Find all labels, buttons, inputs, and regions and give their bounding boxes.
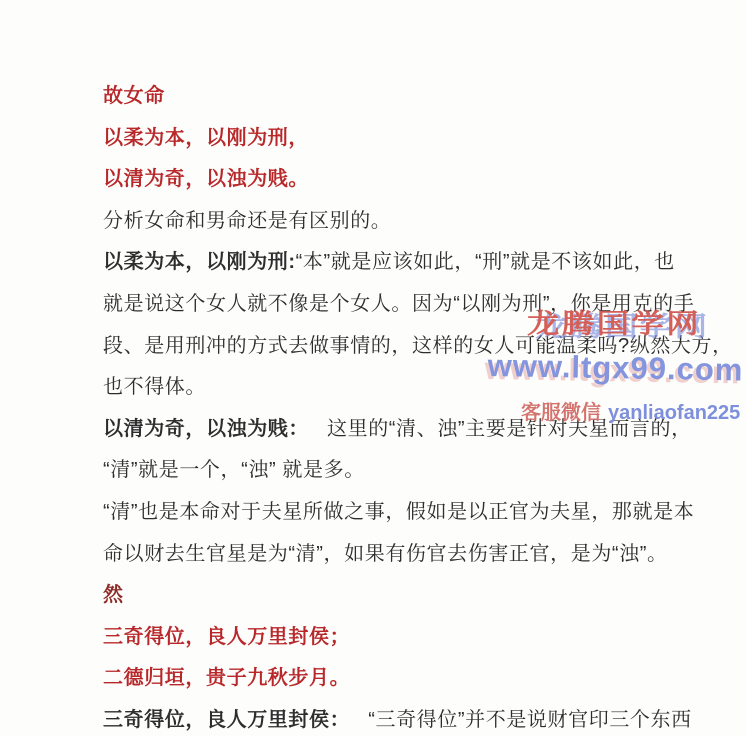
text-segment: 这里的“清、浊”主要是针对夫星而言的， [327, 418, 692, 440]
document-body: 故女命以柔为本，以刚为刑，以清为奇，以浊为贱。分析女命和男命还是有区别的。以柔为… [103, 76, 726, 736]
text-segment: 二德归垣，贵子九秋步月。 [103, 667, 350, 689]
text-segment: 分析女命和男命还是有区别的。 [103, 210, 391, 232]
text-line: 也不得体。 [103, 367, 726, 409]
text-line: 故女命 [103, 76, 726, 118]
document-page: 故女命以柔为本，以刚为刑，以清为奇，以浊为贱。分析女命和男命还是有区别的。以柔为… [0, 0, 746, 736]
text-line: 二德归垣，贵子九秋步月。 [103, 658, 726, 700]
text-line: 就是说这个女人就不像是个女人。因为“以刚为刑”，你是用克的手 [103, 284, 726, 326]
text-line: 三奇得位，良人万里封侯； [103, 617, 726, 659]
text-segment: 以清为奇，以浊为贱： [103, 418, 309, 440]
text-segment: 也不得体。 [103, 376, 206, 398]
text-segment: 故女命 [103, 85, 165, 107]
text-line: 以清为奇，以浊为贱：这里的“清、浊”主要是针对夫星而言的， [103, 409, 726, 451]
text-line: 以清为奇，以浊为贱。 [103, 159, 726, 201]
text-segment: “清”就是一个，“浊” 就是多。 [103, 459, 365, 481]
text-segment: “清”也是本命对于夫星所做之事，假如是以正官为夫星，那就是本 [103, 501, 694, 523]
text-line: 以柔为本，以刚为刑， [103, 118, 726, 160]
text-segment: “本”就是应该如此，“刑”就是不该如此，也 [296, 251, 675, 273]
text-segment: 三奇得位，良人万里封侯： [103, 709, 350, 731]
text-line: “清”就是一个，“浊” 就是多。 [103, 450, 726, 492]
text-line: “清”也是本命对于夫星所做之事，假如是以正官为夫星，那就是本 [103, 492, 726, 534]
text-segment: 以清为奇，以浊为贱。 [103, 168, 309, 190]
text-segment: 以柔为本，以刚为刑， [103, 127, 309, 149]
text-segment: 段、是用刑冲的方式去做事情的，这样的女人可能温柔吗?纵然大方， [103, 335, 733, 357]
text-line: 以柔为本，以刚为刑:“本”就是应该如此，“刑”就是不该如此，也 [103, 242, 726, 284]
text-line: 然 [103, 575, 726, 617]
text-line: 三奇得位，良人万里封侯：“三奇得位”并不是说财官印三个东西 [103, 700, 726, 736]
text-segment: “三奇得位”并不是说财官印三个东西 [368, 709, 692, 731]
text-line: 命以财去生官星是为“清”，如果有伤官去伤害正官，是为“浊”。 [103, 534, 726, 576]
text-segment: 以柔为本，以刚为刑: [103, 251, 296, 273]
text-line: 段、是用刑冲的方式去做事情的，这样的女人可能温柔吗?纵然大方， [103, 326, 726, 368]
text-segment: 然 [103, 584, 124, 606]
text-segment: 命以财去生官星是为“清”，如果有伤官去伤害正官，是为“浊”。 [103, 543, 668, 565]
text-segment: 就是说这个女人就不像是个女人。因为“以刚为刑”，你是用克的手 [103, 293, 694, 315]
text-segment: 三奇得位，良人万里封侯； [103, 626, 350, 648]
text-line: 分析女命和男命还是有区别的。 [103, 201, 726, 243]
